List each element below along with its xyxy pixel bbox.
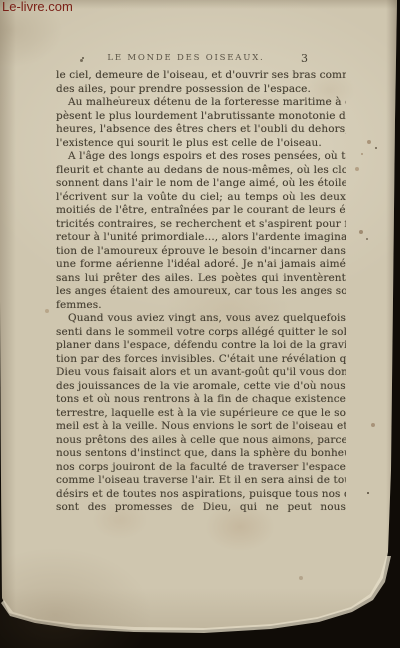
paragraph: A l'âge des longs espoirs et des roses p…: [56, 150, 346, 312]
text-line: moitiés de l'être, entraînées par le cou…: [56, 204, 346, 218]
text-line: l'existence qui sourit le plus est celle…: [56, 137, 346, 151]
paragraph: Quand vous aviez vingt ans, vous avez qu…: [56, 312, 346, 515]
text-line: planer dans l'espace, défendu contre la …: [56, 339, 346, 353]
text-line: Quand vous aviez vingt ans, vous avez qu…: [56, 312, 346, 326]
text-line: tons et où nous rentrons à la fin de cha…: [56, 393, 346, 407]
text-line: terrestre, laquelle est à la vie supérie…: [56, 407, 346, 421]
text-line: tion de l'amoureux éprouve le besoin d'i…: [56, 245, 346, 259]
running-title: LE MONDE DES OISEAUX.: [56, 53, 316, 63]
page-header: LE MONDE DES OISEAUX. 3: [56, 53, 316, 67]
text-line: heures, l'absence des êtres chers et l'o…: [56, 123, 346, 137]
text-line: nos corps jouiront de la faculté de trav…: [56, 461, 346, 475]
text-line: des jouissances de la vie aromale, cette…: [56, 380, 346, 394]
text-line: les anges étaient des amoureux, car tous…: [56, 285, 346, 299]
text-line: senti dans le sommeil votre corps allégé…: [56, 326, 346, 340]
text-line: l'écrivent sur la voûte du ciel; au temp…: [56, 191, 346, 205]
text-line: comme l'oiseau traverse l'air. Et il en …: [56, 474, 346, 488]
watermark-text: Le-livre.com: [2, 0, 73, 14]
text-line: tion par des forces invisibles. C'était …: [56, 353, 346, 367]
paragraph: Au malheureux détenu de la forteresse ma…: [56, 96, 346, 150]
text-line: pèsent le plus lourdement l'abrutissante…: [56, 110, 346, 124]
text-line: tricités contraires, se recherchent et s…: [56, 218, 346, 232]
text-line: nous prêtons des ailes à celle que nous …: [56, 434, 346, 448]
text-line: sans lui prêter des ailes. Les poètes qu…: [56, 272, 346, 286]
text-line: désirs et de toutes nos aspirations, pui…: [56, 488, 346, 502]
text-line: retour à l'unité primordiale..., alors l…: [56, 231, 346, 245]
paragraph: le ciel, demeure de l'oiseau, et d'ouvri…: [56, 69, 346, 96]
text-line: meil est à la veille. Nous envions le so…: [56, 420, 346, 434]
text-line: des ailes, pour prendre possession de l'…: [56, 83, 346, 97]
text-line: sonnent dans l'air le nom de l'ange aimé…: [56, 177, 346, 191]
text-line: Dieu vous faisait alors et un avant-goût…: [56, 366, 346, 380]
text-line: Au malheureux détenu de la forteresse ma…: [56, 96, 346, 110]
text-line: une forme aérienne l'idéal adoré. Je n'a…: [56, 258, 346, 272]
text-line: nous sentons d'instinct que, dans la sph…: [56, 447, 346, 461]
text-line: sont des promesses de Dieu, qui ne peut …: [56, 501, 346, 515]
text-line: fleurit et chante au dedans de nous-même…: [56, 164, 346, 178]
text-line: le ciel, demeure de l'oiseau, et d'ouvri…: [56, 69, 346, 83]
text-block: le ciel, demeure de l'oiseau, et d'ouvri…: [56, 69, 346, 515]
text-line: A l'âge des longs espoirs et des roses p…: [56, 150, 346, 164]
text-line: femmes.: [56, 299, 346, 313]
scanned-book-page-photo: LE MONDE DES OISEAUX. 3 le ciel, demeure…: [0, 0, 400, 648]
page-number: 3: [301, 52, 308, 65]
